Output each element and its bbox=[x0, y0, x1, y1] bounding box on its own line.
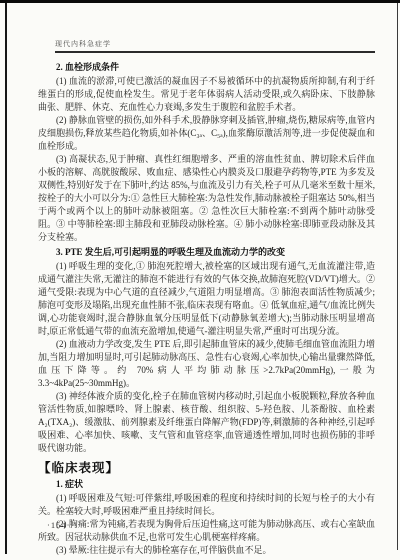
scan-right-edge bbox=[397, 3, 398, 550]
para-neurohumoral-mediators: (3) 神经体液介质的变化,栓子在肺血管树内移动时,引起血小板脱颗粒,释放各种血… bbox=[38, 390, 375, 455]
para-respiratory-physiology: (1) 呼吸生理的变化,① 肺泡死腔增大,被栓塞的区域出现有通气,无血流灌注带,… bbox=[38, 260, 375, 338]
heading-pte-physiologic-changes: 3. PTE 发生后,可引起明显的呼吸生理及血流动力学的改变 bbox=[38, 246, 375, 259]
para-chest-pain: (2) 胸痛:常为钝痛,若表现为胸骨后压迫性痛,这可能为肺动脉高压、或右心室缺血… bbox=[38, 518, 375, 544]
para-blood-stasis: (1) 血流的淤滞,可使已激活的凝血因子不易被循环中的抗凝物质所抑制,有利于纤维… bbox=[38, 75, 375, 114]
page: 现代内科急症学 2. 血栓形成条件 (1) 血流的淤滞,可使已激活的凝血因子不易… bbox=[7, 3, 397, 560]
running-header: 现代内科急症学 bbox=[55, 39, 111, 49]
para-hemodynamics: (2) 血液动力学改变,发生 PTE 后,即引起肺血管床的减少,使肺毛细血管血流… bbox=[38, 338, 375, 390]
clinical-manifestations-title: 【临床表现】 bbox=[38, 462, 375, 475]
scanned-book-page: 现代内科急症学 2. 血栓形成条件 (1) 血流的淤滞,可使已激活的凝血因子不易… bbox=[0, 0, 400, 560]
header-rule bbox=[55, 51, 375, 53]
heading-thrombosis-conditions: 2. 血栓形成条件 bbox=[38, 61, 375, 74]
para-syncope: (3) 晕厥:往往提示有大的肺栓塞存在,可伴脑供血不足。 bbox=[38, 544, 375, 557]
para-hypercoagulable-state: (3) 高凝状态,见于肿瘤、真性红细胞增多、严重的溶血性贫血、脾切除术后伴血小板… bbox=[38, 153, 375, 244]
para-vessel-wall-injury: (2) 静脉血管壁的损伤,如外科手术,股静脉穿刺及插管,肿瘤,烧伤,糖尿病等,血… bbox=[38, 114, 375, 153]
body-text: 2. 血栓形成条件 (1) 血流的淤滞,可使已激活的凝血因子不易被循环中的抗凝物… bbox=[38, 59, 375, 557]
para-dyspnea: (1) 呼吸困难及气短:可伴紫绀,呼吸困难的程度和持续时间的长短与栓子的大小有关… bbox=[38, 492, 375, 518]
heading-symptoms: 1. 症状 bbox=[38, 478, 375, 491]
page-number: ·154· bbox=[47, 520, 70, 530]
